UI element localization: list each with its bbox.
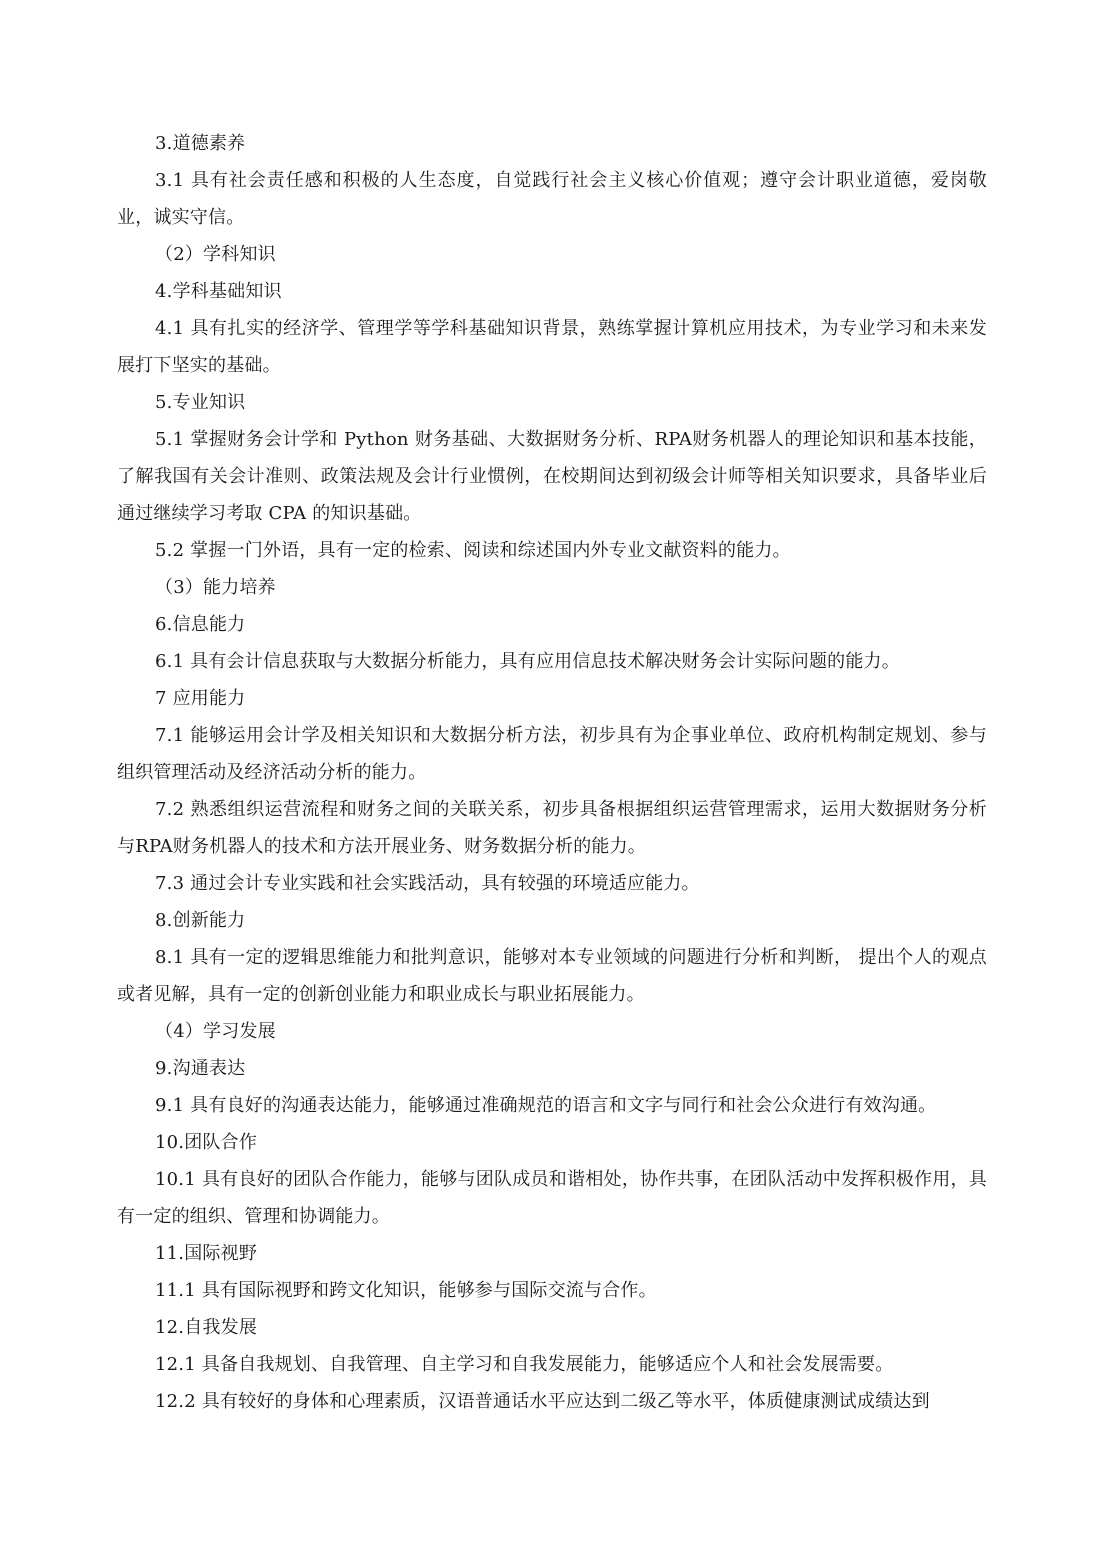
paragraph-5-2: 5.2 掌握一门外语，具有一定的检索、阅读和综述国内外专业文献资料的能力。 <box>117 532 987 569</box>
paragraph-7-3: 7.3 通过会计专业实践和社会实践活动，具有较强的环境适应能力。 <box>117 865 987 902</box>
paragraph-6-1: 6.1 具有会计信息获取与大数据分析能力，具有应用信息技术解决财务会计实际问题的… <box>117 643 987 680</box>
heading-application-ability: 7 应用能力 <box>117 680 987 717</box>
paragraph-12-1: 12.1 具备自我规划、自我管理、自主学习和自我发展能力，能够适应个人和社会发展… <box>117 1346 987 1383</box>
paragraph-5-1: 5.1 掌握财务会计学和 Python 财务基础、大数据财务分析、RPA财务机器… <box>117 421 987 532</box>
heading-basic-knowledge: 4.学科基础知识 <box>117 273 987 310</box>
heading-international-vision: 11.国际视野 <box>117 1235 987 1272</box>
heading-information-ability: 6.信息能力 <box>117 606 987 643</box>
section-learning-development: （4）学习发展 <box>117 1013 987 1050</box>
heading-ethics: 3.道德素养 <box>117 125 987 162</box>
heading-professional-knowledge: 5.专业知识 <box>117 384 987 421</box>
section-ability-training: （3）能力培养 <box>117 569 987 606</box>
paragraph-8-1: 8.1 具有一定的逻辑思维能力和批判意识，能够对本专业领域的问题进行分析和判断，… <box>117 939 987 1013</box>
paragraph-12-2: 12.2 具有较好的身体和心理素质，汉语普通话水平应达到二级乙等水平，体质健康测… <box>117 1383 987 1420</box>
section-subject-knowledge: （2）学科知识 <box>117 236 987 273</box>
paragraph-9-1: 9.1 具有良好的沟通表达能力，能够通过准确规范的语言和文字与同行和社会公众进行… <box>117 1087 987 1124</box>
paragraph-4-1: 4.1 具有扎实的经济学、管理学等学科基础知识背景，熟练掌握计算机应用技术，为专… <box>117 310 987 384</box>
heading-innovation-ability: 8.创新能力 <box>117 902 987 939</box>
heading-communication: 9.沟通表达 <box>117 1050 987 1087</box>
paragraph-3-1: 3.1 具有社会责任感和积极的人生态度，自觉践行社会主义核心价值观；遵守会计职业… <box>117 162 987 236</box>
paragraph-7-2: 7.2 熟悉组织运营流程和财务之间的关联关系，初步具备根据组织运营管理需求，运用… <box>117 791 987 865</box>
heading-self-development: 12.自我发展 <box>117 1309 987 1346</box>
paragraph-10-1: 10.1 具有良好的团队合作能力，能够与团队成员和谐相处，协作共事，在团队活动中… <box>117 1161 987 1235</box>
heading-teamwork: 10.团队合作 <box>117 1124 987 1161</box>
paragraph-7-1: 7.1 能够运用会计学及相关知识和大数据分析方法，初步具有为企事业单位、政府机构… <box>117 717 987 791</box>
document-page: 3.道德素养 3.1 具有社会责任感和积极的人生态度，自觉践行社会主义核心价值观… <box>117 125 987 1420</box>
paragraph-11-1: 11.1 具有国际视野和跨文化知识，能够参与国际交流与合作。 <box>117 1272 987 1309</box>
